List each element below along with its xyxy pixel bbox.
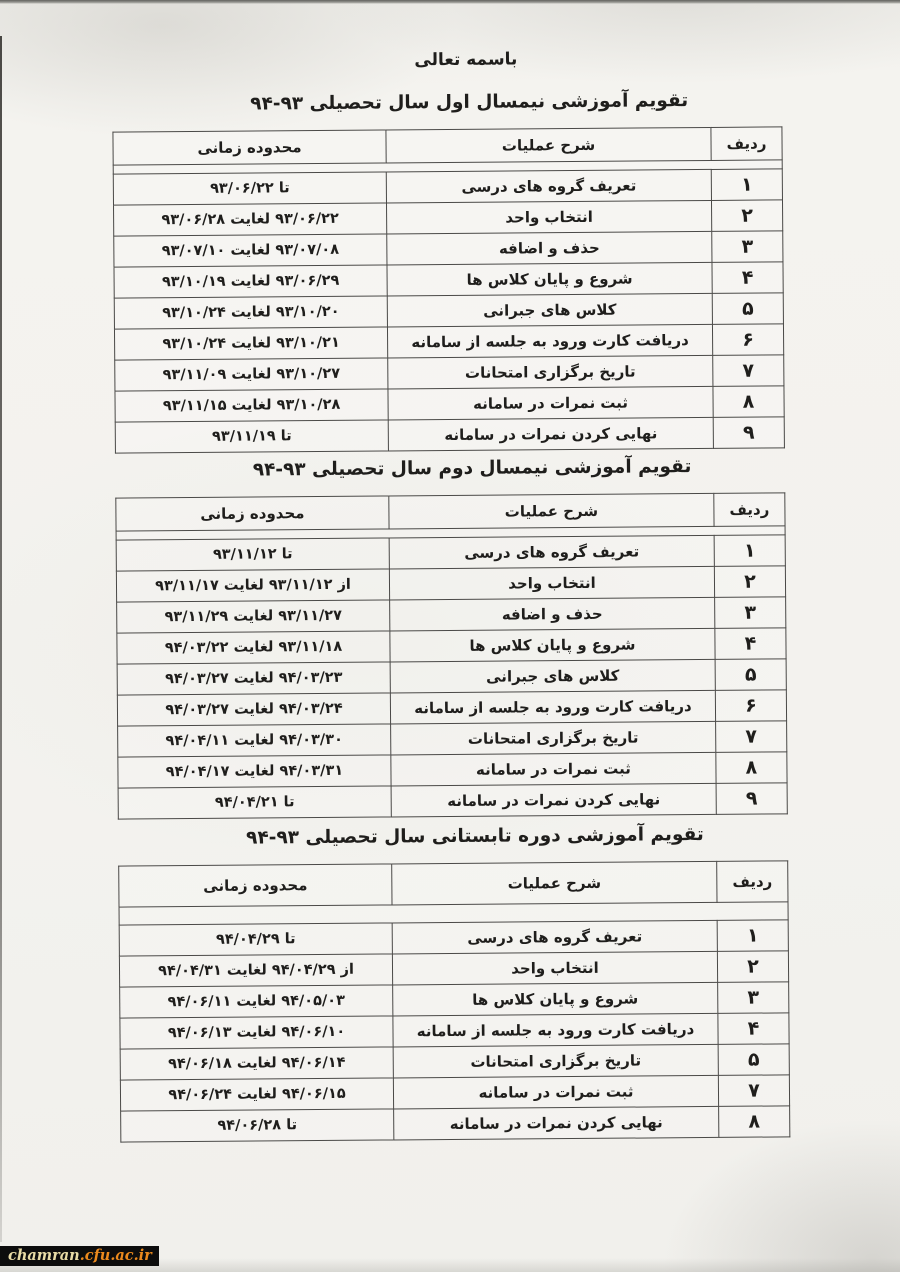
cell-time-range: ۹۳/۰۶/۲۹ لغایت ۹۳/۱۰/۱۹ bbox=[114, 265, 387, 298]
cell-operation: تعریف گروه های درسی bbox=[386, 169, 711, 203]
calendar-section: تقویم آموزشی نیمسال دوم سال تحصیلی ۹۳-۹۴… bbox=[115, 455, 788, 819]
cell-row-number: ۱ bbox=[717, 920, 788, 952]
cell-row-number: ۲ bbox=[717, 951, 788, 983]
cell-time-range: تا ۹۴/۰۴/۲۹ bbox=[119, 923, 392, 956]
table-header-row: ردیف شرح عملیات محدوده زمانی bbox=[116, 493, 785, 531]
cell-time-range: تا ۹۳/۰۶/۲۲ bbox=[113, 172, 386, 205]
cell-row-number: ۹ bbox=[713, 417, 784, 449]
table-row: ۸ نهایی کردن نمرات در سامانه تا ۹۴/۰۶/۲۸ bbox=[121, 1106, 790, 1142]
watermark-brand-text: chamran bbox=[8, 1247, 80, 1264]
cell-row-number: ۵ bbox=[715, 659, 786, 691]
cell-time-range: ۹۴/۰۳/۲۳ لغایت ۹۴/۰۳/۲۷ bbox=[117, 662, 390, 695]
calendar-table: ردیف شرح عملیات محدوده زمانی ۱ تعریف گرو… bbox=[115, 492, 788, 819]
cell-row-number: ۲ bbox=[714, 566, 785, 598]
cell-operation: نهایی کردن نمرات در سامانه bbox=[394, 1106, 719, 1140]
column-header-operation: شرح عملیات bbox=[392, 861, 717, 905]
calendar-table: ردیف شرح عملیات محدوده زمانی ۱ تعریف گرو… bbox=[112, 126, 785, 453]
cell-operation: انتخاب واحد bbox=[392, 951, 717, 985]
cell-row-number: ۷ bbox=[713, 355, 784, 387]
watermark-domain-text: .cfu.ac.ir bbox=[80, 1247, 152, 1264]
table-body: ۱ تعریف گروه های درسی تا ۹۴/۰۴/۲۹ ۲ انتخ… bbox=[119, 920, 790, 1142]
calendar-section: تقویم آموزشی دوره تابستانی سال تحصیلی ۹۳… bbox=[118, 823, 790, 1142]
cell-time-range: تا ۹۴/۰۴/۲۱ bbox=[118, 786, 391, 819]
cell-operation: کلاس های جبرانی bbox=[390, 659, 715, 693]
cell-time-range: ۹۳/۱۰/۲۷ لغایت ۹۳/۱۱/۰۹ bbox=[115, 358, 388, 391]
column-header-time-range: محدوده زمانی bbox=[119, 864, 392, 907]
table-header-row: ردیف شرح عملیات محدوده زمانی bbox=[119, 861, 788, 907]
cell-operation: دریافت کارت ورود به جلسه از سامانه bbox=[387, 324, 712, 358]
cell-operation: کلاس های جبرانی bbox=[387, 293, 712, 327]
cell-operation: انتخاب واحد bbox=[389, 566, 714, 600]
cell-time-range: ۹۳/۱۱/۲۷ لغایت ۹۳/۱۱/۲۹ bbox=[117, 600, 390, 633]
cell-row-number: ۶ bbox=[715, 690, 786, 722]
cell-time-range: ۹۴/۰۶/۱۰ لغایت ۹۴/۰۶/۱۳ bbox=[120, 1016, 393, 1049]
cell-row-number: ۱ bbox=[714, 535, 785, 567]
cell-time-range: تا ۹۴/۰۶/۲۸ bbox=[121, 1109, 394, 1142]
cell-time-range: ۹۳/۱۱/۱۸ لغایت ۹۴/۰۳/۲۲ bbox=[117, 631, 390, 664]
cell-row-number: ۲ bbox=[711, 200, 782, 232]
cell-time-range: ۹۴/۰۳/۳۰ لغایت ۹۴/۰۴/۱۱ bbox=[118, 724, 391, 757]
cell-time-range: ۹۴/۰۶/۱۵ لغایت ۹۴/۰۶/۲۴ bbox=[120, 1078, 393, 1111]
cell-operation: شروع و پایان کلاس ها bbox=[390, 628, 715, 662]
cell-row-number: ۷ bbox=[718, 1075, 789, 1107]
cell-row-number: ۴ bbox=[712, 262, 783, 294]
cell-row-number: ۳ bbox=[712, 231, 783, 263]
table-row: ۹ نهایی کردن نمرات در سامانه تا ۹۴/۰۴/۲۱ bbox=[118, 783, 787, 819]
cell-time-range: ۹۳/۱۰/۲۱ لغایت ۹۳/۱۰/۲۴ bbox=[114, 327, 387, 360]
cell-time-range: تا ۹۳/۱۱/۱۹ bbox=[115, 420, 388, 453]
cell-row-number: ۵ bbox=[712, 293, 783, 325]
table-row: ۹ نهایی کردن نمرات در سامانه تا ۹۳/۱۱/۱۹ bbox=[115, 417, 784, 453]
cell-operation: انتخاب واحد bbox=[386, 200, 711, 234]
cell-time-range: تا ۹۳/۱۱/۱۲ bbox=[116, 538, 389, 571]
cell-operation: تاریخ برگزاری امتحانات bbox=[391, 721, 716, 755]
section-title: تقویم آموزشی نیمسال دوم سال تحصیلی ۹۳-۹۴ bbox=[137, 455, 807, 481]
column-header-row-number: ردیف bbox=[714, 493, 785, 527]
cell-operation: ثبت نمرات در سامانه bbox=[391, 752, 716, 786]
cell-time-range: ۹۴/۰۶/۱۴ لغایت ۹۴/۰۶/۱۸ bbox=[120, 1047, 393, 1080]
calendar-table: ردیف شرح عملیات محدوده زمانی ۱ تعریف گرو… bbox=[118, 860, 790, 1142]
cell-row-number: ۴ bbox=[718, 1013, 789, 1045]
cell-row-number: ۳ bbox=[718, 982, 789, 1014]
table-header-row: ردیف شرح عملیات محدوده زمانی bbox=[113, 127, 782, 165]
cell-time-range: ۹۳/۰۶/۲۲ لغایت ۹۳/۰۶/۲۸ bbox=[114, 203, 387, 236]
cell-time-range: ۹۳/۰۷/۰۸ لغایت ۹۳/۰۷/۱۰ bbox=[114, 234, 387, 267]
cell-operation: نهایی کردن نمرات در سامانه bbox=[391, 783, 716, 817]
cell-row-number: ۳ bbox=[715, 597, 786, 629]
cell-operation: تعریف گروه های درسی bbox=[389, 535, 714, 569]
column-header-operation: شرح عملیات bbox=[389, 493, 714, 529]
cell-time-range: از ۹۳/۱۱/۱۲ لغایت ۹۳/۱۱/۱۷ bbox=[116, 569, 389, 602]
cell-row-number: ۷ bbox=[716, 721, 787, 753]
cell-row-number: ۹ bbox=[716, 783, 787, 815]
table-body: ۱ تعریف گروه های درسی تا ۹۳/۰۶/۲۲ ۲ انتخ… bbox=[113, 169, 784, 453]
cell-operation: تعریف گروه های درسی bbox=[392, 920, 717, 954]
cell-operation: حذف و اضافه bbox=[390, 597, 715, 631]
cell-time-range: ۹۴/۰۵/۰۳ لغایت ۹۴/۰۶/۱۱ bbox=[120, 985, 393, 1018]
bismillah-header: باسمه تعالی bbox=[36, 46, 896, 73]
cell-row-number: ۵ bbox=[718, 1044, 789, 1076]
cell-time-range: ۹۴/۰۳/۲۴ لغایت ۹۴/۰۳/۲۷ bbox=[117, 693, 390, 726]
section-title: تقویم آموزشی دوره تابستانی سال تحصیلی ۹۳… bbox=[140, 823, 810, 849]
cell-row-number: ۱ bbox=[711, 169, 782, 201]
column-header-time-range: محدوده زمانی bbox=[116, 496, 389, 531]
cell-time-range: ۹۳/۱۰/۲۰ لغایت ۹۳/۱۰/۲۴ bbox=[114, 296, 387, 329]
cell-operation: شروع و پایان کلاس ها bbox=[393, 982, 718, 1016]
table-body: ۱ تعریف گروه های درسی تا ۹۳/۱۱/۱۲ ۲ انتخ… bbox=[116, 535, 787, 819]
column-header-operation: شرح عملیات bbox=[386, 127, 711, 163]
site-watermark: chamran.cfu.ac.ir bbox=[0, 1246, 159, 1266]
column-header-time-range: محدوده زمانی bbox=[113, 130, 386, 165]
cell-row-number: ۸ bbox=[719, 1106, 790, 1138]
cell-operation: ثبت نمرات در سامانه bbox=[393, 1075, 718, 1109]
cell-row-number: ۸ bbox=[716, 752, 787, 784]
cell-operation: حذف و اضافه bbox=[387, 231, 712, 265]
cell-row-number: ۴ bbox=[715, 628, 786, 660]
cell-time-range: ۹۳/۱۰/۲۸ لغایت ۹۳/۱۱/۱۵ bbox=[115, 389, 388, 422]
cell-time-range: از ۹۴/۰۴/۲۹ لغایت ۹۴/۰۴/۳۱ bbox=[119, 954, 392, 987]
cell-operation: شروع و پایان کلاس ها bbox=[387, 262, 712, 296]
cell-operation: نهایی کردن نمرات در سامانه bbox=[388, 417, 713, 451]
scanned-document-page: باسمه تعالی تقویم آموزشی نیمسال اول سال … bbox=[0, 0, 900, 1272]
column-header-row-number: ردیف bbox=[711, 127, 782, 161]
cell-operation: تاریخ برگزاری امتحانات bbox=[393, 1044, 718, 1078]
cell-operation: دریافت کارت ورود به جلسه از سامانه bbox=[390, 690, 715, 724]
section-title: تقویم آموزشی نیمسال اول سال تحصیلی ۹۳-۹۴ bbox=[134, 89, 804, 115]
cell-row-number: ۶ bbox=[712, 324, 783, 356]
cell-time-range: ۹۴/۰۳/۳۱ لغایت ۹۴/۰۴/۱۷ bbox=[118, 755, 391, 788]
cell-row-number: ۸ bbox=[713, 386, 784, 418]
column-header-row-number: ردیف bbox=[717, 861, 788, 903]
cell-operation: تاریخ برگزاری امتحانات bbox=[388, 355, 713, 389]
calendar-section: تقویم آموزشی نیمسال اول سال تحصیلی ۹۳-۹۴… bbox=[112, 89, 785, 453]
cell-operation: ثبت نمرات در سامانه bbox=[388, 386, 713, 420]
cell-operation: دریافت کارت ورود به جلسه از سامانه bbox=[393, 1013, 718, 1047]
